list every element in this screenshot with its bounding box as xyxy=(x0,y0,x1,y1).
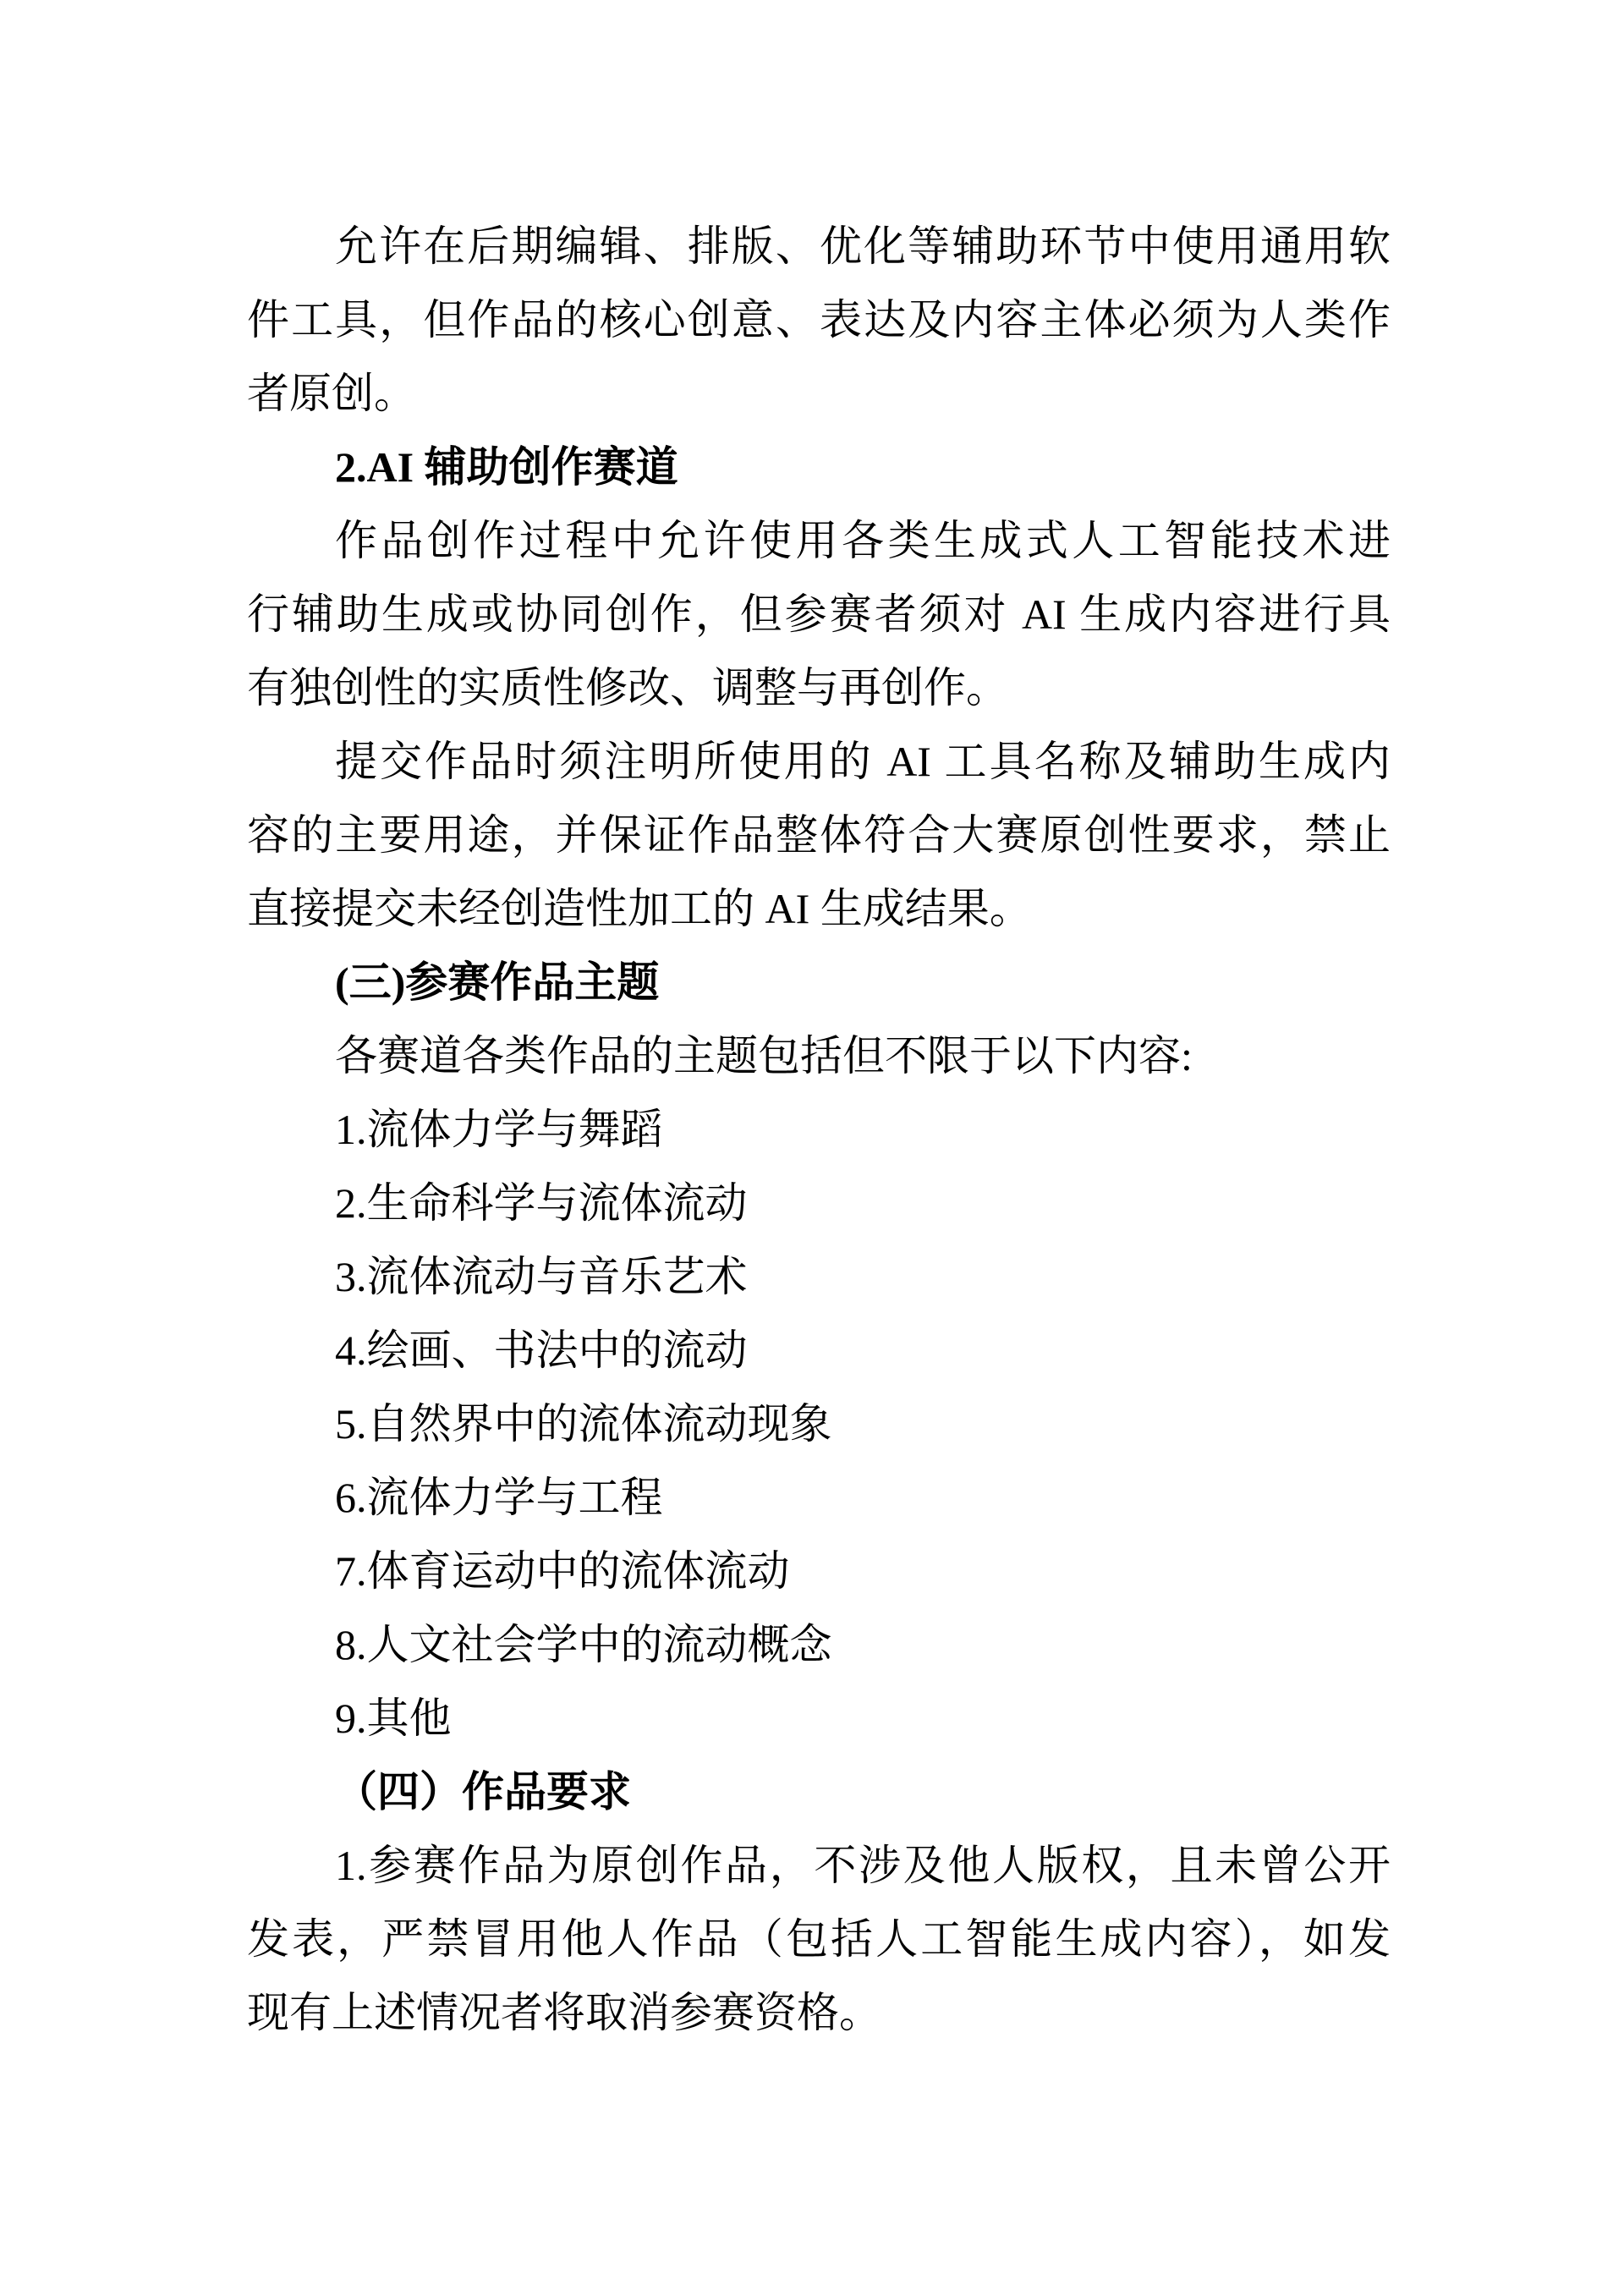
heading-ai-assisted-creation-track: 2.AI 辅助创作赛道 xyxy=(247,431,1391,504)
theme-item-6: 6.流体力学与工程 xyxy=(247,1461,1391,1535)
paragraph-themes-intro: 各赛道各类作品的主题包括但不限于以下内容: xyxy=(247,1019,1391,1093)
theme-item-7: 7.体育运动中的流体流动 xyxy=(247,1535,1391,1608)
text-line: 容的主要用途，并保证作品整体符合大赛原创性要求，禁止 xyxy=(247,799,1391,872)
paragraph-general-software-tools: 允许在后期编辑、排版、优化等辅助环节中使用通用软件工具，但作品的核心创意、表达及… xyxy=(247,210,1391,431)
text-line: 5.自然界中的流体流动现象 xyxy=(247,1387,1391,1461)
document-page: 允许在后期编辑、排版、优化等辅助环节中使用通用软件工具，但作品的核心创意、表达及… xyxy=(0,0,1624,2296)
heading-work-requirements: （四）作品要求 xyxy=(247,1755,1391,1829)
text-line: 9.其他 xyxy=(247,1682,1391,1755)
text-line: 直接提交未经创造性加工的 AI 生成结果。 xyxy=(247,872,1391,946)
text-line: 2.生命科学与流体流动 xyxy=(247,1167,1391,1240)
text-line: （四）作品要求 xyxy=(247,1755,1391,1829)
text-line: 提交作品时须注明所使用的 AI 工具名称及辅助生成内 xyxy=(247,725,1391,799)
text-line: 有独创性的实质性修改、调整与再创作。 xyxy=(247,651,1391,725)
text-line: 各赛道各类作品的主题包括但不限于以下内容: xyxy=(247,1019,1391,1093)
theme-item-5: 5.自然界中的流体流动现象 xyxy=(247,1387,1391,1461)
text-line: 件工具，但作品的核心创意、表达及内容主体必须为人类作 xyxy=(247,283,1391,357)
theme-item-1: 1.流体力学与舞蹈 xyxy=(247,1093,1391,1167)
text-line: 行辅助生成或协同创作，但参赛者须对 AI 生成内容进行具 xyxy=(247,578,1391,651)
paragraph-ai-declaration-requirement: 提交作品时须注明所使用的 AI 工具名称及辅助生成内容的主要用途，并保证作品整体… xyxy=(247,725,1391,946)
paragraph-originality-requirement: 1.参赛作品为原创作品，不涉及他人版权，且未曾公开发表，严禁冒用他人作品（包括人… xyxy=(247,1829,1391,2050)
text-line: 1.参赛作品为原创作品，不涉及他人版权，且未曾公开 xyxy=(247,1829,1391,1903)
text-line: 作品创作过程中允许使用各类生成式人工智能技术进 xyxy=(247,504,1391,578)
document-viewport: { "page": { "background": "#ffffff", "te… xyxy=(0,0,1624,2296)
text-line: (三)参赛作品主题 xyxy=(247,946,1391,1019)
text-line: 4.绘画、书法中的流动 xyxy=(247,1314,1391,1387)
document-content: 允许在后期编辑、排版、优化等辅助环节中使用通用软件工具，但作品的核心创意、表达及… xyxy=(247,210,1391,2050)
theme-item-4: 4.绘画、书法中的流动 xyxy=(247,1314,1391,1387)
text-line: 3.流体流动与音乐艺术 xyxy=(247,1240,1391,1314)
text-line: 现有上述情况者将取消参赛资格。 xyxy=(247,1976,1391,2050)
text-line: 者原创。 xyxy=(247,357,1391,431)
text-line: 8.人文社会学中的流动概念 xyxy=(247,1608,1391,1682)
text-line: 6.流体力学与工程 xyxy=(247,1461,1391,1535)
text-line: 发表，严禁冒用他人作品（包括人工智能生成内容），如发 xyxy=(247,1903,1391,1976)
theme-item-2: 2.生命科学与流体流动 xyxy=(247,1167,1391,1240)
heading-entry-themes: (三)参赛作品主题 xyxy=(247,946,1391,1019)
theme-item-3: 3.流体流动与音乐艺术 xyxy=(247,1240,1391,1314)
theme-item-8: 8.人文社会学中的流动概念 xyxy=(247,1608,1391,1682)
text-line: 允许在后期编辑、排版、优化等辅助环节中使用通用软 xyxy=(247,210,1391,283)
text-line: 2.AI 辅助创作赛道 xyxy=(247,431,1391,504)
text-line: 7.体育运动中的流体流动 xyxy=(247,1535,1391,1608)
text-line: 1.流体力学与舞蹈 xyxy=(247,1093,1391,1167)
paragraph-ai-usage-rules: 作品创作过程中允许使用各类生成式人工智能技术进行辅助生成或协同创作，但参赛者须对… xyxy=(247,504,1391,725)
theme-item-9: 9.其他 xyxy=(247,1682,1391,1755)
